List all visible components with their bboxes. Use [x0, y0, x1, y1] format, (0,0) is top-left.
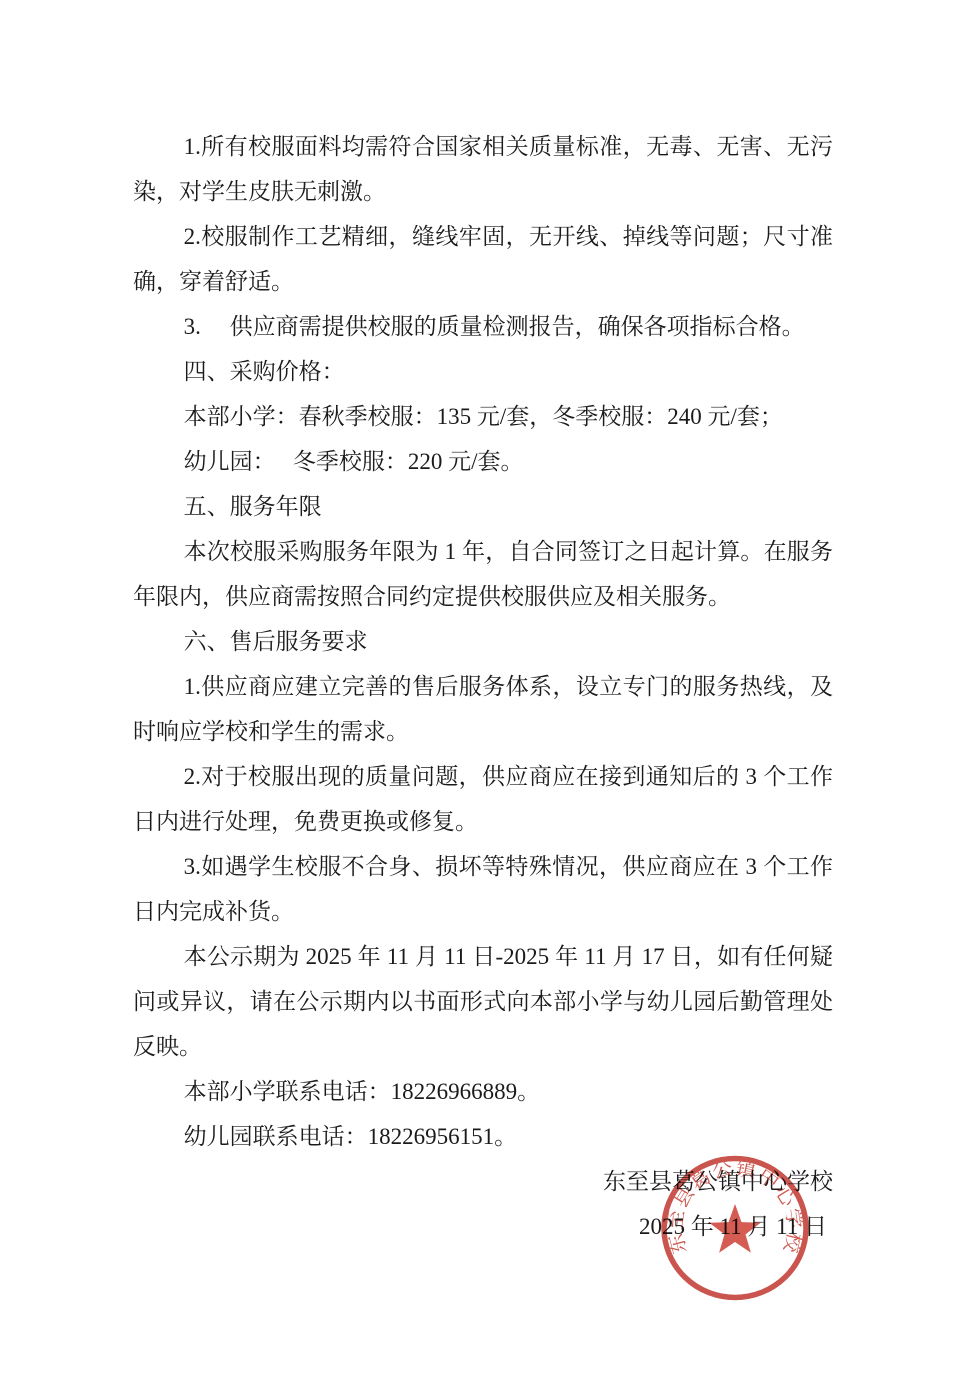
clause-fabric-quality: 1.所有校服面料均需符合国家相关质量标准，无毒、无害、无污染，对学生皮肤无刺激。: [133, 124, 833, 214]
heading-after-sales: 六、售后服务要求: [133, 619, 833, 664]
clause-workmanship: 2.校服制作工艺精细，缝线牢固，无开线、掉线等问题；尺寸准确，穿着舒适。: [133, 214, 833, 304]
clause-after-sales-3: 3.如遇学生校服不合身、损坏等特殊情况，供应商应在 3 个工作日内完成补货。: [133, 844, 833, 934]
price-kindergarten: 幼儿园： 冬季校服：220 元/套。: [133, 439, 833, 484]
signature-date: 2025 年 11 月 11 日: [133, 1204, 833, 1249]
heading-procurement-price: 四、采购价格：: [133, 349, 833, 394]
body-text: 1.所有校服面料均需符合国家相关质量标准，无毒、无害、无污染，对学生皮肤无刺激。…: [133, 124, 833, 1249]
contact-kindergarten: 幼儿园联系电话：18226956151。: [133, 1114, 833, 1159]
signature-school-name: 东至县葛公镇中心学校: [133, 1159, 833, 1204]
heading-service-term: 五、服务年限: [133, 484, 833, 529]
clause-after-sales-2: 2.对于校服出现的质量问题，供应商应在接到通知后的 3 个工作日内进行处理，免费…: [133, 754, 833, 844]
para-service-term: 本次校服采购服务年限为 1 年，自合同签订之日起计算。在服务年限内，供应商需按照…: [133, 529, 833, 619]
clause-after-sales-1: 1.供应商应建立完善的售后服务体系，设立专门的服务热线，及时响应学校和学生的需求…: [133, 664, 833, 754]
price-primary-school: 本部小学：春秋季校服：135 元/套，冬季校服：240 元/套；: [133, 394, 833, 439]
document-page: 1.所有校服面料均需符合国家相关质量标准，无毒、无害、无污染，对学生皮肤无刺激。…: [0, 0, 980, 1386]
contact-primary-school: 本部小学联系电话：18226966889。: [133, 1069, 833, 1114]
clause-inspection-report: 3. 供应商需提供校服的质量检测报告，确保各项指标合格。: [133, 304, 833, 349]
para-public-notice-period: 本公示期为 2025 年 11 月 11 日-2025 年 11 月 17 日，…: [133, 934, 833, 1069]
